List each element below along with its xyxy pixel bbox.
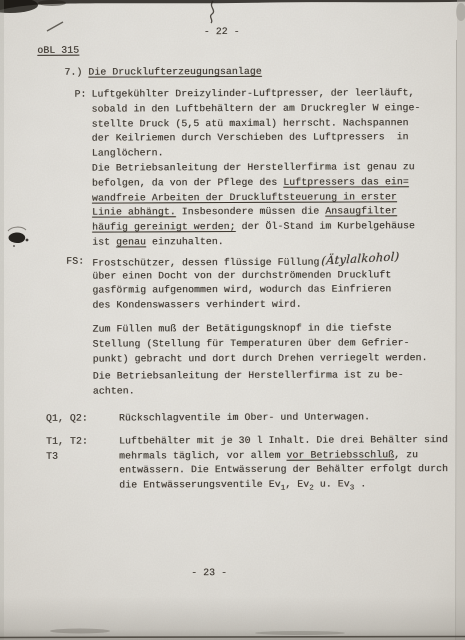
text-line: ist genau einzuhalten.	[92, 234, 459, 250]
section-number: 7.)	[64, 67, 88, 78]
text-line: Linie abhängt. Insbesondere müssen die A…	[92, 204, 459, 220]
para-t-label: T1, T2:	[46, 434, 88, 449]
text-line: Zum Füllen muß der Betätigungsknopf in d…	[93, 321, 460, 337]
text-line: sobald in den Luftbehältern der am Druck…	[92, 101, 459, 117]
para-p: P:Luftgekühlter Dreizylinder-Luftpresser…	[92, 86, 460, 250]
section-title: Die Drucklufterzeugungsanlage	[88, 66, 261, 78]
para-p-label: P:	[75, 88, 87, 103]
text-line: punkt) gebracht und dort durch Drehen ve…	[93, 351, 460, 367]
header-page-number: - 22 -	[0, 25, 444, 38]
text-line: über einen Docht von der durchströmenden…	[92, 268, 459, 284]
text-line: wandfreie Arbeiten der Druckluftsteuerun…	[92, 190, 459, 206]
handwritten-annotation: (Ätylalkohol)	[321, 249, 400, 268]
text-line: Die Betriebsanleitung der Herstellerfirm…	[92, 160, 459, 176]
text-line: Stellung (Stellung für Temperaturen über…	[93, 336, 460, 352]
text-line: häufig gereinigt werden; der Öl-Stand im…	[92, 219, 459, 235]
para-t: T1, T2:T3Luftbehälter mit je 30 l Inhalt…	[119, 433, 460, 494]
text-line: gasförmig aufgenommen wird, wodurch das …	[92, 282, 459, 298]
text-line: entwässern. Die Entwässerung der Behälte…	[119, 462, 460, 478]
footer-page-number: - 23 -	[2, 566, 417, 579]
text-line: des Kondenswassers verhindert wird.	[92, 297, 459, 313]
text-line: achten.	[93, 383, 460, 399]
section-heading: 7.) Die Drucklufterzeugungsanlage	[64, 66, 261, 78]
para-q: Q1, Q2:Rückschlagventile im Ober- und Un…	[119, 410, 460, 426]
text-line: die Entwässerungsventile Ev1, Ev2 u. Ev3…	[119, 477, 460, 493]
document-reference: oBL 315	[37, 45, 79, 56]
para-t-label2: T3	[46, 449, 58, 464]
paragraph-blocks: P:Luftgekühlter Dreizylinder-Luftpresser…	[0, 86, 460, 494]
para-q-label: Q1, Q2:	[46, 412, 88, 427]
scanned-document-page: - 22 - oBL 315 7.) Die Drucklufterzeugun…	[0, 0, 465, 640]
text-line: der Keilriemen durch Verschieben des Luf…	[92, 130, 459, 146]
text-line: Luftgekühlter Dreizylinder-Luftpresser, …	[92, 86, 459, 102]
text-line: mehrmals täglich, vor allem vor Betriebs…	[119, 448, 460, 464]
text-line: Langlöchern.	[92, 145, 459, 161]
text-line: befolgen, da von der Pflege des Luftpres…	[92, 175, 459, 191]
document-sheet: - 22 - oBL 315 7.) Die Drucklufterzeugun…	[0, 0, 465, 640]
text-line: Rückschlagventile im Ober- und Unterwage…	[119, 410, 460, 426]
text-line: Die Betriebsanleitung der Herstellerfirm…	[93, 368, 460, 384]
text-line: stellte Druck (5,5 atü maximal) herrscht…	[92, 116, 459, 132]
para-fs-label: FS:	[66, 254, 84, 269]
text-line: Luftbehälter mit je 30 l Inhalt. Die dre…	[119, 433, 460, 449]
text-line: Frostschützer, dessen flüssige Füllung (…	[92, 253, 459, 269]
para-fs: FS:Frostschützer, dessen flüssige Füllun…	[92, 253, 460, 400]
